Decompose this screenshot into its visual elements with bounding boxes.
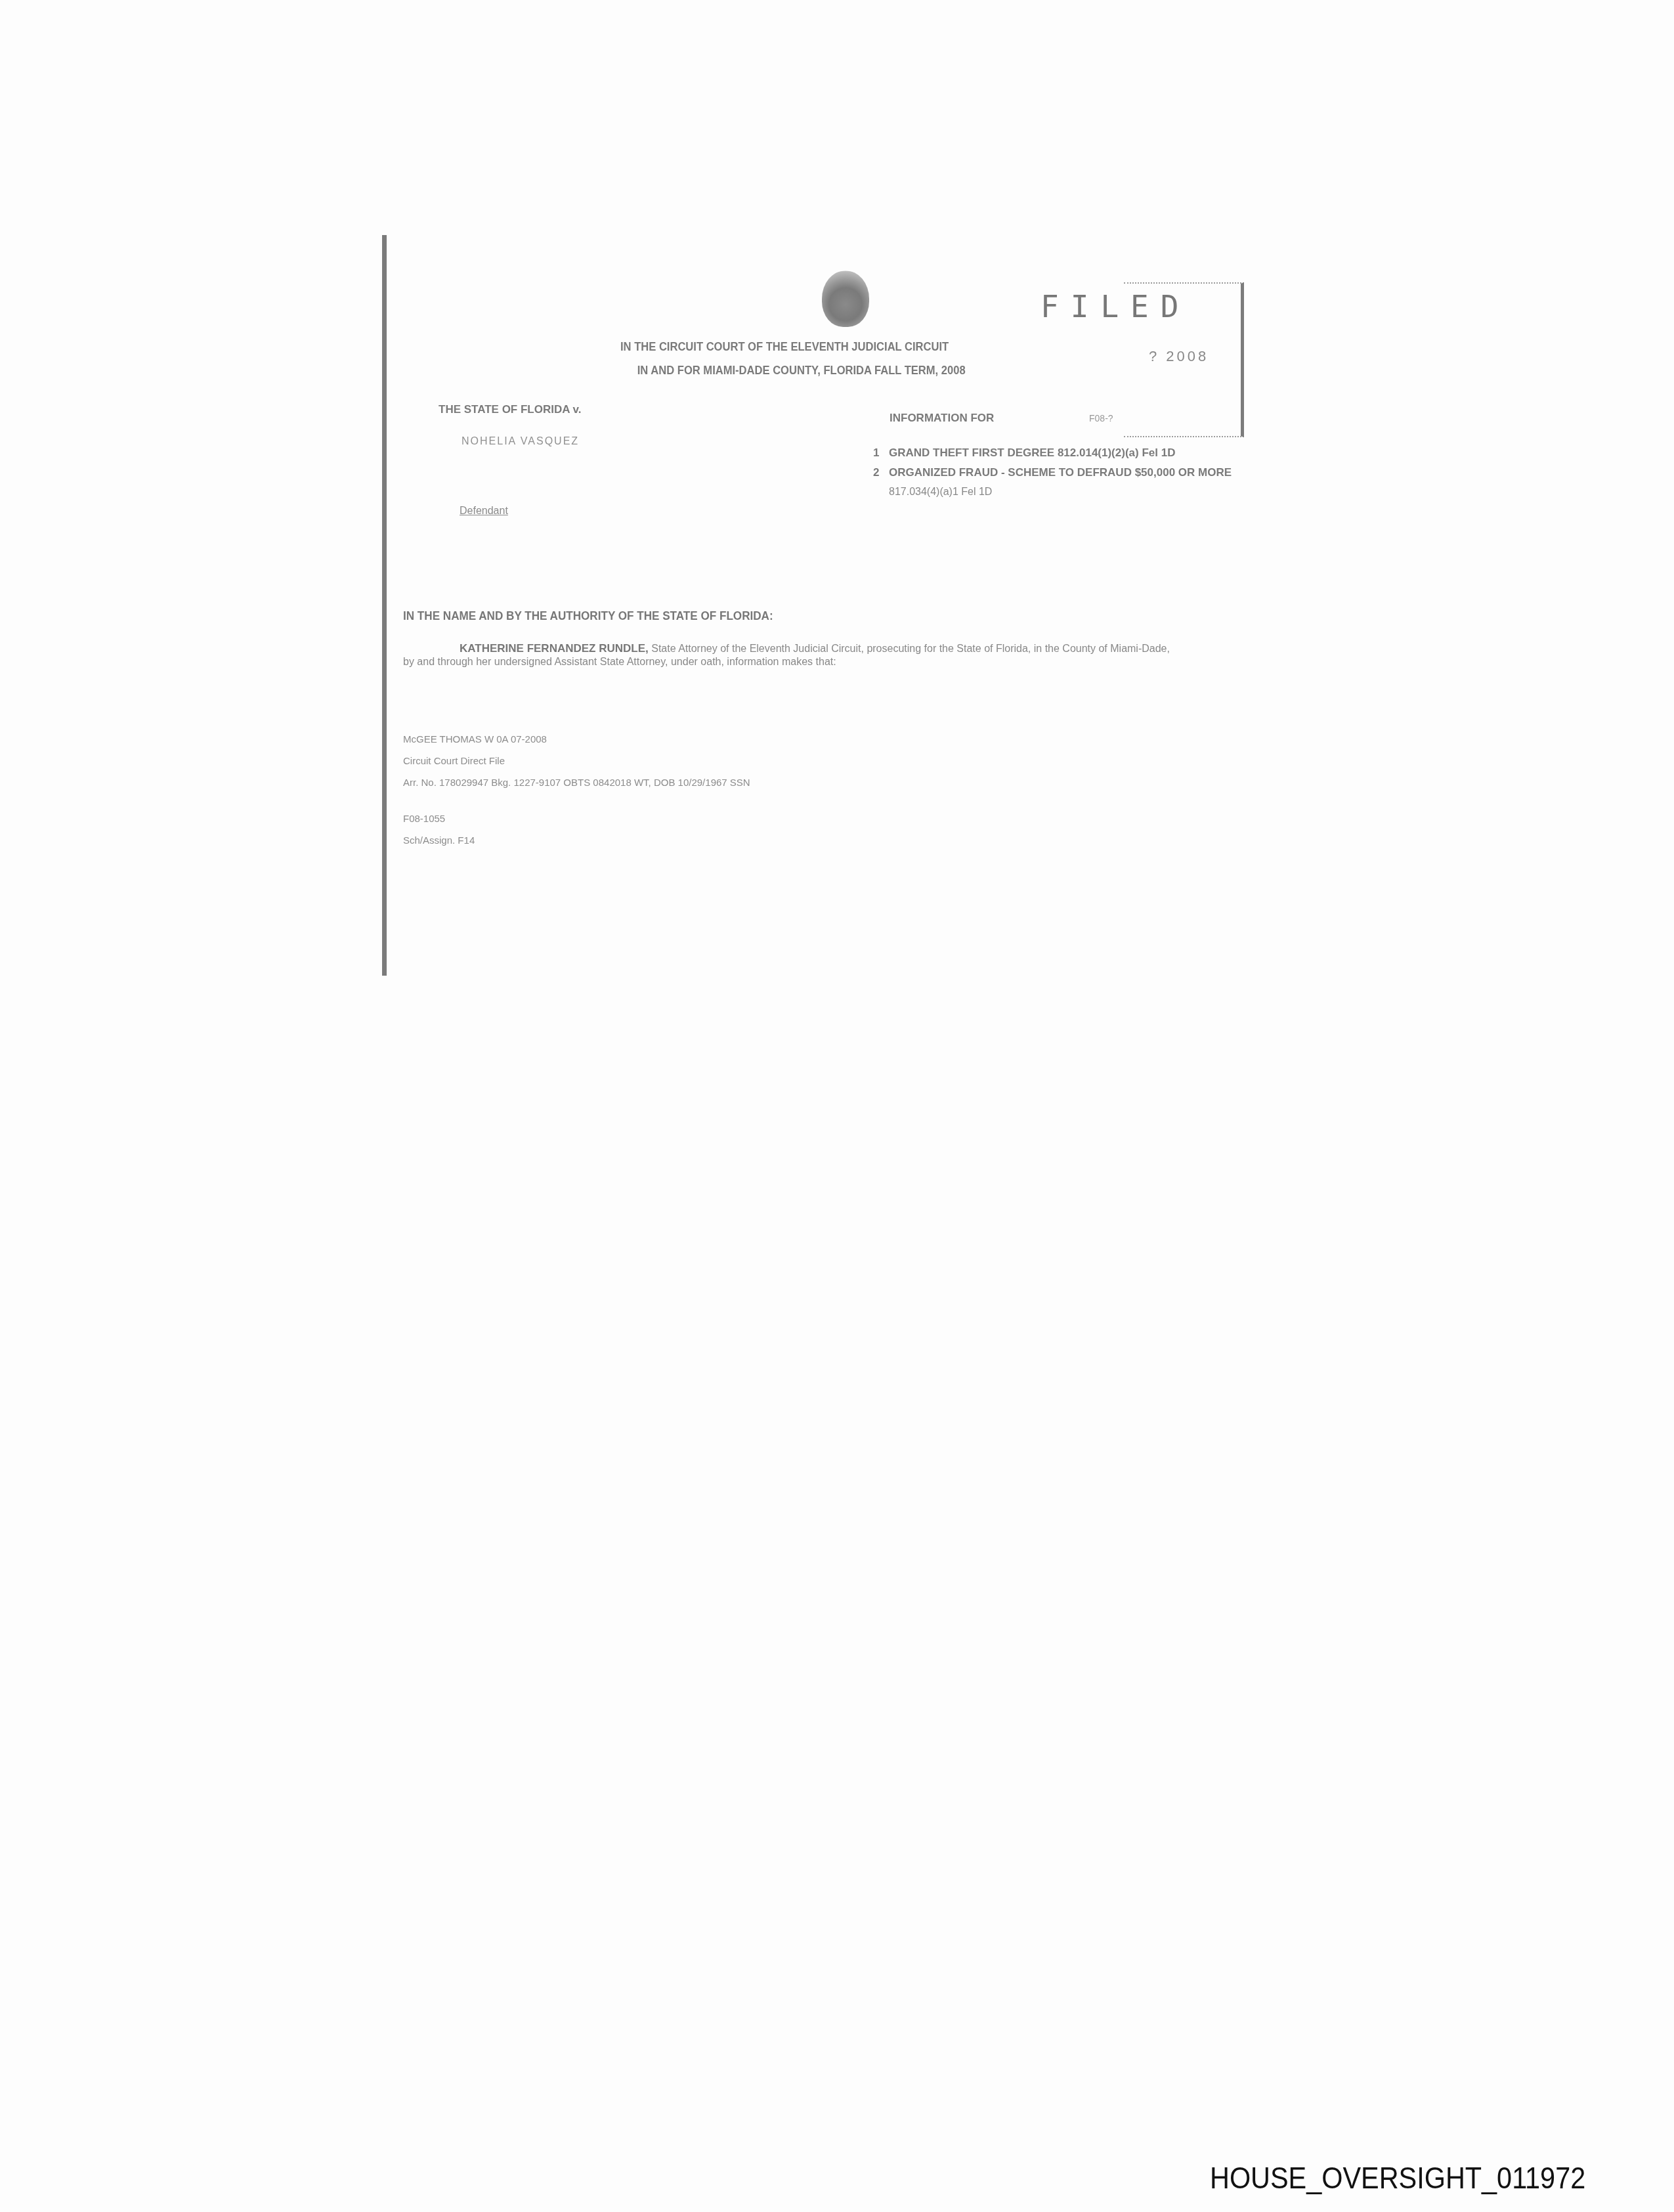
defendant-info-line5: Sch/Assign. F14 <box>403 830 750 852</box>
charge-item: 2 ORGANIZED FRAUD - SCHEME TO DEFRAUD $5… <box>873 466 1280 479</box>
charge-number: 1 <box>873 446 889 460</box>
case-number: F08-? <box>1089 413 1113 423</box>
plaintiff: THE STATE OF FLORIDA v. <box>439 403 582 416</box>
scan-edge-bar <box>382 235 387 976</box>
information-label: INFORMATION FOR <box>890 412 994 424</box>
defendant-info-block: McGEE THOMAS W 0A 07-2008 Circuit Court … <box>403 729 750 852</box>
defendant-info-line4: F08-1055 <box>403 808 750 830</box>
defendant-label: Defendant <box>460 506 508 517</box>
defendant-name: NOHELIA VASQUEZ <box>461 436 579 448</box>
bates-number: HOUSE_OVERSIGHT_011972 <box>1210 2160 1585 2196</box>
charge-item: 1 GRAND THEFT FIRST DEGREE 812.014(1)(2)… <box>873 446 1280 460</box>
court-caption-line1: IN THE CIRCUIT COURT OF THE ELEVENTH JUD… <box>620 335 1092 358</box>
filed-stamp-date: ? 2008 <box>1149 348 1209 365</box>
defendant-info-line2: Circuit Court Direct File <box>403 750 750 772</box>
charge-text: GRAND THEFT FIRST DEGREE 812.014(1)(2)(a… <box>889 446 1280 460</box>
charge-statute: 817.034(4)(a)1 Fel 1D <box>873 486 1280 499</box>
court-caption: IN THE CIRCUIT COURT OF THE ELEVENTH JUD… <box>620 335 1092 382</box>
charge-number: 2 <box>873 466 889 479</box>
authority-heading: IN THE NAME AND BY THE AUTHORITY OF THE … <box>403 609 773 623</box>
charges-list: 1 GRAND THEFT FIRST DEGREE 812.014(1)(2)… <box>873 446 1280 499</box>
prosecutor-name: KATHERINE FERNANDEZ RUNDLE, <box>460 642 649 655</box>
court-caption-line2: IN AND FOR MIAMI-DADE COUNTY, FLORIDA FA… <box>620 358 1092 382</box>
defendant-info-line1: McGEE THOMAS W 0A 07-2008 <box>403 729 750 750</box>
filed-stamp-label: FILED <box>1041 289 1190 324</box>
defendant-info-line3: Arr. No. 178029947 Bkg. 1227-9107 OBTS 0… <box>403 772 750 794</box>
information-for: INFORMATION FOR F08-? <box>890 412 1113 425</box>
court-seal-icon <box>822 271 869 327</box>
charge-text: ORGANIZED FRAUD - SCHEME TO DEFRAUD $50,… <box>889 466 1280 479</box>
information-body: KATHERINE FERNANDEZ RUNDLE, State Attorn… <box>403 642 1178 669</box>
